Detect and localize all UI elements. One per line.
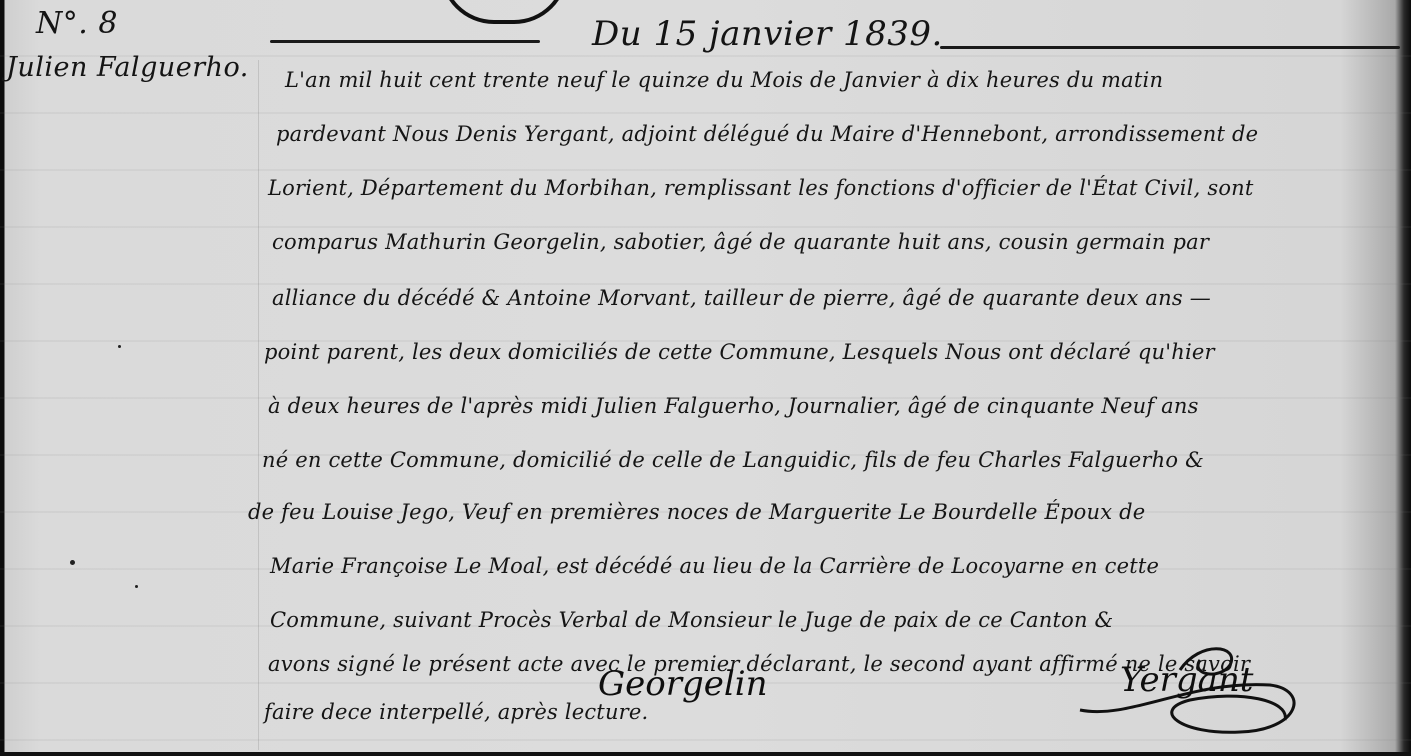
- margin-name-deceased: Julien Falguerho.: [6, 52, 249, 83]
- signature-witness: Georgelin: [598, 664, 768, 704]
- body-line-8: né en cette Commune, domicilié de celle …: [262, 448, 1204, 472]
- date-heading: Du 15 janvier 1839.: [592, 14, 943, 54]
- body-line-7: à deux heures de l'après midi Julien Fal…: [268, 394, 1199, 418]
- signature-official: Yergant: [1120, 660, 1253, 700]
- margin-rule: [258, 60, 259, 750]
- entry-number: N°. 8: [36, 6, 118, 41]
- body-line-10: Marie Françoise Le Moal, est décédé au l…: [270, 554, 1159, 578]
- body-line-2: pardevant Nous Denis Yergant, adjoint dé…: [276, 122, 1258, 146]
- previous-entry-flourish: [440, 0, 568, 24]
- body-line-9: de feu Louise Jego, Veuf en premières no…: [248, 500, 1145, 524]
- ink-speck: [118, 345, 121, 348]
- body-line-1: L'an mil huit cent trente neuf le quinze…: [285, 68, 1163, 92]
- heading-rule-right: [940, 46, 1400, 49]
- ink-speck: [70, 560, 75, 565]
- scanned-register-page: N°. 8 Julien Falguerho. Du 15 janvier 18…: [0, 0, 1411, 756]
- body-line-3: Lorient, Département du Morbihan, rempli…: [268, 176, 1254, 200]
- heading-rule-left: [270, 40, 540, 43]
- scan-bottom-edge: [0, 752, 1411, 756]
- body-line-4: comparus Mathurin Georgelin, sabotier, â…: [272, 230, 1209, 254]
- body-line-11: Commune, suivant Procès Verbal de Monsie…: [270, 608, 1113, 632]
- body-line-6: point parent, les deux domiciliés de cet…: [264, 340, 1215, 364]
- body-line-5: alliance du décédé & Antoine Morvant, ta…: [272, 286, 1211, 310]
- body-line-13: faire dece interpellé, après lecture.: [264, 700, 648, 724]
- ink-speck: [135, 585, 138, 588]
